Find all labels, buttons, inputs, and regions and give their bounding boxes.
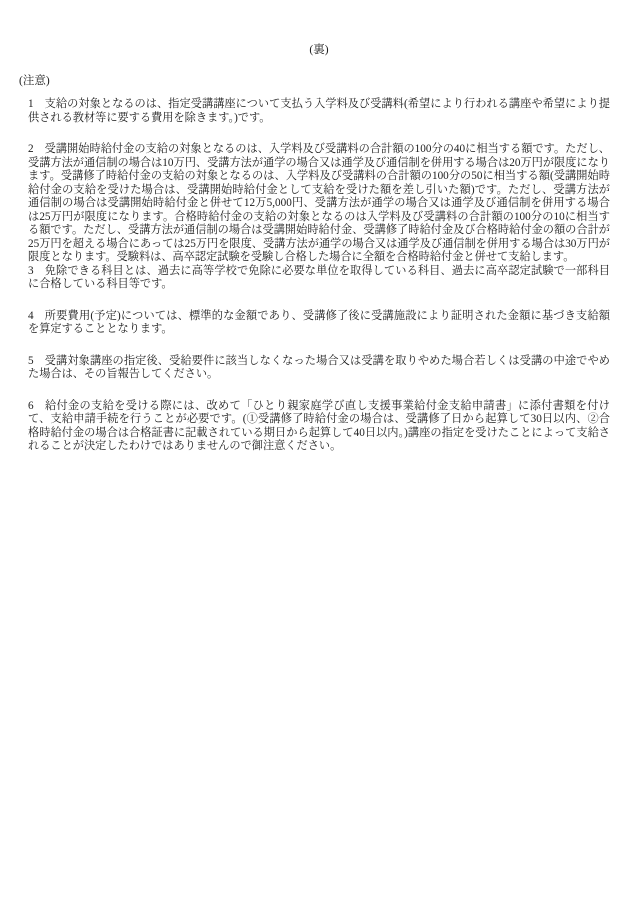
item-text: 給付金の支給を受ける際には、改めて「ひとり親家庭学び直し支援事業給付金支給申請書… — [28, 400, 610, 453]
item-text: 受講開始時給付金の支給の対象となるのは、入学料及び受講料の合計額の100分の40… — [28, 143, 610, 263]
item-text: 免除できる科目とは、過去に高等学校で免除に必要な単位を取得している科目、過去に高… — [28, 265, 610, 291]
notice-items: 1支給の対象となるのは、指定受講講座について支払う入学料及び受講料(希望により行… — [28, 98, 610, 454]
notice-item-3: 3免除できる科目とは、過去に高等学校で免除に必要な単位を取得している科目、過去に… — [28, 265, 610, 292]
notice-item-1: 1支給の対象となるのは、指定受講講座について支払う入学料及び受講料(希望により行… — [28, 98, 610, 125]
item-text: 受講対象講座の指定後、受給要件に該当しなくなった場合又は受講を取りやめた場合若し… — [28, 355, 610, 381]
item-text: 支給の対象となるのは、指定受講講座について支払う入学料及び受講料(希望により行わ… — [28, 98, 610, 124]
item-number: 5 — [28, 355, 34, 367]
notice-heading: (注意) — [19, 74, 610, 88]
item-number: 2 — [28, 143, 34, 155]
notice-item-2: 2受講開始時給付金の支給の対象となるのは、入学料及び受講料の合計額の100分の4… — [28, 143, 610, 265]
page-side-label: (裏) — [28, 43, 610, 57]
notice-item-5: 5受講対象講座の指定後、受給要件に該当しなくなった場合又は受講を取りやめた場合若… — [28, 355, 610, 382]
item-number: 1 — [28, 98, 34, 110]
item-number: 6 — [28, 400, 34, 412]
notice-item-4: 4所要費用(予定)については、標準的な金額であり、受講修了後に受講施設により証明… — [28, 310, 610, 337]
notice-item-6: 6給付金の支給を受ける際には、改めて「ひとり親家庭学び直し支援事業給付金支給申請… — [28, 400, 610, 454]
item-text: 所要費用(予定)については、標準的な金額であり、受講修了後に受講施設により証明さ… — [28, 310, 610, 336]
document-page: (裏) (注意) 1支給の対象となるのは、指定受講講座について支払う入学料及び受… — [0, 0, 630, 903]
item-number: 4 — [28, 310, 34, 322]
item-number: 3 — [28, 265, 34, 277]
